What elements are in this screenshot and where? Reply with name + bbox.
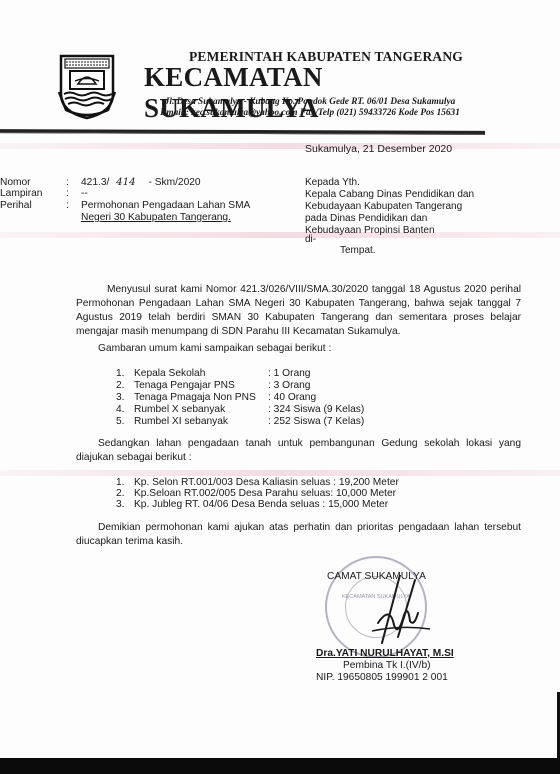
list2-text: Kp.Seloan RT.002/005 Desa Parahu seluas:…	[134, 488, 396, 499]
perihal-line2: Negeri 30 Kabupaten Tangerang.	[81, 212, 231, 223]
list2-num: 3.	[116, 499, 125, 510]
list2-text: Kp. Jubleg RT. 04/06 Desa Benda seluas :…	[134, 499, 388, 510]
signatory-nip: NIP. 19650805 199901 2 001	[316, 672, 448, 683]
lampiran-value: --	[81, 188, 88, 199]
nomor-label: Nomor	[0, 177, 31, 188]
body-paragraph-1: Menyusul surat kami Nomor 421.3/026/VIII…	[76, 283, 521, 339]
signatory-name: Dra.YATI NURULHAYAT, M.SI	[316, 648, 454, 659]
closing-paragraph: Demikian permohonan kami ajukan atas per…	[76, 521, 521, 549]
nomor-prefix: 421.3/	[81, 177, 109, 188]
list1-value: : 252 Siswa (7 Kelas)	[268, 416, 364, 427]
signatory-rank: Pembina Tk I.(IV/b)	[343, 660, 431, 671]
recipient-place: Tempat.	[340, 245, 376, 256]
scan-artifact	[0, 232, 560, 238]
recipient-line: Kepala Cabang Dinas Pendidikan dan	[305, 189, 474, 200]
list1-num: 1.	[116, 368, 125, 379]
body-paragraph-2-text: Sedangkan lahan pengadaan tanah untuk pe…	[76, 438, 521, 463]
scan-artifact	[0, 470, 560, 476]
list1-num: 3.	[116, 392, 125, 403]
perihal-line1: Permohonan Pengadaan Lahan SMA	[81, 200, 250, 211]
list1-value: : 40 Orang	[268, 392, 316, 403]
list1-num: 4.	[116, 404, 125, 415]
recipient-line: di-	[305, 234, 316, 245]
nomor-suffix: - Skm/2020	[148, 177, 200, 188]
body-paragraph-2: Sedangkan lahan pengadaan tanah untuk pe…	[76, 437, 521, 465]
lampiran-colon: :	[66, 188, 69, 199]
recipient-line: Kebudayaan Kabupaten Tangerang	[305, 201, 462, 212]
recipient-line: Kebudayaan Propinsi Banten	[305, 225, 435, 236]
list2-num: 1.	[116, 477, 125, 488]
letterhead-divider	[0, 129, 485, 135]
closing-paragraph-text: Demikian permohonan kami ajukan atas per…	[76, 522, 521, 547]
lampiran-label: Lampiran	[0, 188, 42, 199]
perihal-colon: :	[66, 200, 69, 211]
letterhead-contact: Email : kec.sukamulya@yahoo.com Fax/Telp…	[140, 108, 480, 118]
list1-label: Rumbel XI sebanyak	[134, 416, 228, 427]
recipient-line: Kepada Yth.	[305, 177, 360, 188]
handwritten-signature-icon	[360, 575, 440, 645]
list1-label: Tenaga Pengajar PNS	[134, 380, 235, 391]
list1-value: : 1 Orang	[268, 368, 310, 379]
letterhead-address: Jl. Desa Sukamulya - Kubang Kp. Pondok G…	[140, 97, 480, 107]
list1-num: 2.	[116, 380, 125, 391]
letter-date: Sukamulya, 21 Desember 2020	[305, 143, 452, 155]
scan-bottom-edge	[0, 758, 560, 774]
list1-value: : 324 Siswa (9 Kelas)	[268, 404, 364, 415]
list1-value: : 3 Orang	[268, 380, 310, 391]
list1-label: Tenaga Pmagaja Non PNS	[134, 392, 256, 403]
nomor-handwritten: 414	[116, 177, 135, 188]
list1-intro: Gambaran umum kami sampaikan sebagai ber…	[98, 343, 331, 354]
body-paragraph-1-text: Menyusul surat kami Nomor 421.3/026/VIII…	[76, 284, 521, 337]
list1-label: Rumbel X sebanyak	[134, 404, 225, 415]
list2-text: Kp. Selon RT.001/003 Desa Kaliasin selua…	[134, 477, 399, 488]
scan-artifact	[0, 143, 560, 149]
recipient-line: pada Dinas Pendidikan dan	[305, 213, 427, 224]
list2-num: 2.	[116, 488, 125, 499]
nomor-value: 421.3/ 414 - Skm/2020	[81, 177, 201, 188]
nomor-colon: :	[66, 177, 69, 188]
regency-emblem-icon	[58, 54, 116, 120]
list1-label: Kepala Sekolah	[134, 368, 205, 379]
perihal-label: Perihal	[0, 200, 32, 211]
list1-num: 5.	[116, 416, 125, 427]
